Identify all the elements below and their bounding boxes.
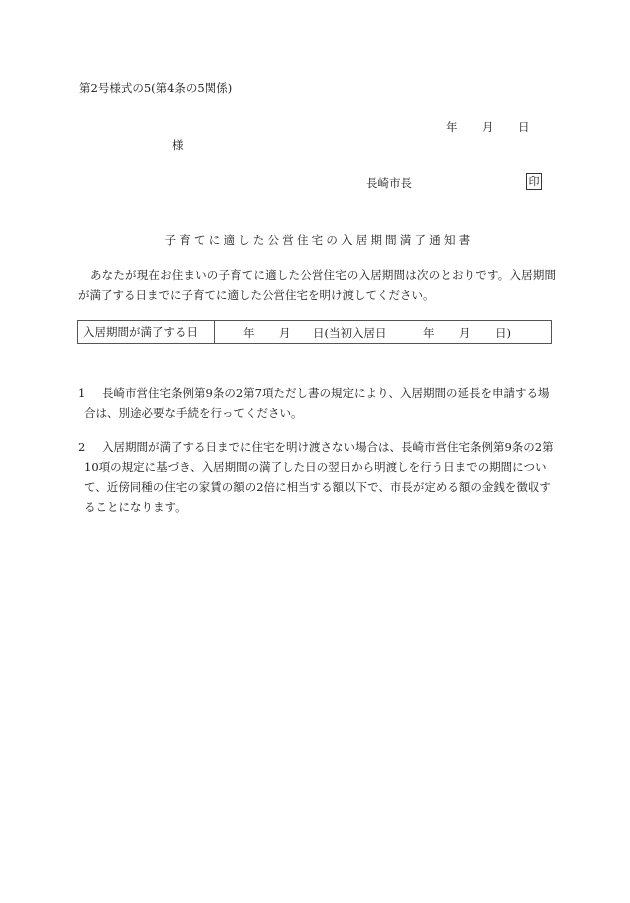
date-year-label: 年: [446, 119, 458, 135]
period-year-label: 年: [243, 325, 255, 341]
addressee-suffix: 様: [172, 137, 184, 153]
note-number: 2: [78, 437, 85, 457]
initial-month-label: 月: [459, 325, 471, 341]
period-table: 入居期間が満了する日 年 月 日(当初入居日 年 月 日): [77, 320, 552, 344]
date-month-label: 月: [482, 119, 494, 135]
date-day-label: 日: [518, 119, 530, 135]
note-item: 2 入居期間が満了する日までに住宅を明け渡さない場合は、長崎市営住宅条例第9条の…: [78, 437, 556, 517]
initial-day-label: 日): [495, 325, 511, 341]
seal-mark: 印: [526, 173, 542, 190]
period-month-label: 月: [279, 325, 291, 341]
initial-year-label: 年: [423, 325, 435, 341]
issuer-name: 長崎市長: [366, 175, 412, 191]
note-number: 1: [78, 383, 85, 403]
note-item: 1 長崎市営住宅条例第9条の2第7項ただし書の規定により、入居期間の延長を申請す…: [78, 383, 556, 423]
period-label: 入居期間が満了する日: [78, 321, 215, 343]
form-number: 第2号様式の5(第4条の5関係): [79, 80, 232, 96]
note-text: 入居期間が満了する日までに住宅を明け渡さない場合は、長崎市営住宅条例第9条の2第…: [84, 437, 556, 517]
document-title: 子育てに適した公営住宅の入居期間満了通知書: [0, 232, 630, 248]
period-value: 年 月 日(当初入居日 年 月 日): [215, 321, 551, 343]
period-day-label: 日(当初入居日: [313, 325, 387, 341]
intro-paragraph: あなたが現在お住まいの子育てに適した公営住宅の入居期間は次のとおりです。入居期間…: [78, 265, 556, 305]
note-text: 長崎市営住宅条例第9条の2第7項ただし書の規定により、入居期間の延長を申請する場…: [84, 383, 556, 423]
